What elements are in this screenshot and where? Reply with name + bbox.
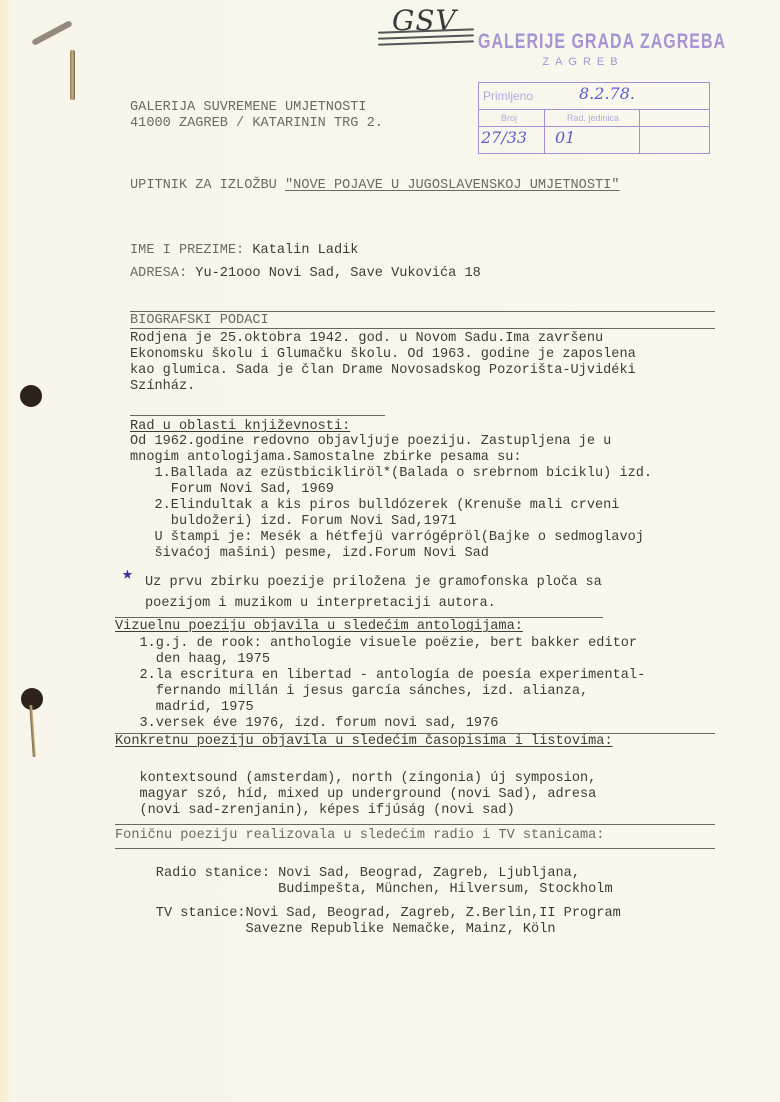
visual-line: 3.versek éve 1976, izd. forum novi sad, … bbox=[115, 716, 498, 732]
visual-line: 2.la escritura en libertad - antología d… bbox=[115, 668, 645, 684]
stamp-unit-value: 01 bbox=[555, 128, 575, 147]
literature-line: Od 1962.godine redovno objavljuje poezij… bbox=[130, 434, 611, 450]
letterhead-line-1: GALERIJA SUVREMENE UMJETNOSTI bbox=[130, 100, 367, 116]
visual-line: madrid, 1975 bbox=[115, 700, 254, 716]
name-row: IME I PREZIME: Katalin Ladik bbox=[130, 243, 358, 259]
title-prefix: UPITNIK ZA IZLOŽBU bbox=[130, 178, 285, 193]
literature-line: buldožeri) izd. Forum Novi Sad,1971 bbox=[130, 514, 456, 530]
receipt-stamp: GALERIJE GRADA ZAGREBA ZAGREB Primljeno … bbox=[478, 34, 728, 68]
literature-line: mnogim antologijama.Samostalne zbirke pe… bbox=[130, 450, 522, 466]
bio-line: Ekonomsku školu i Glumačku školu. Od 196… bbox=[130, 347, 636, 363]
stamp-institution: GALERIJE GRADA ZAGREBA bbox=[478, 31, 728, 54]
address-value: Yu-21ooo Novi Sad, Save Vukovića 18 bbox=[195, 266, 481, 281]
visual-heading: Vizuelnu poeziju objavila u sledećim ant… bbox=[115, 619, 523, 635]
literature-heading: Rad u oblasti književnosti: bbox=[130, 419, 350, 435]
radio-line: Radio stanice: Novi Sad, Beograd, Zagreb… bbox=[115, 866, 580, 882]
stamp-received-label: Primljeno bbox=[483, 89, 533, 103]
address-row: ADRESA: Yu-21ooo Novi Sad, Save Vukovića… bbox=[130, 266, 481, 282]
name-label: IME I PREZIME: bbox=[130, 243, 244, 258]
concrete-line: kontextsound (amsterdam), north (zingoni… bbox=[115, 771, 596, 787]
literature-line: 2.Elindultak a kis piros bulldózerek (Kr… bbox=[130, 498, 619, 514]
pin-icon bbox=[70, 50, 75, 100]
tv-line: TV stanice:Novi Sad, Beograd, Zagreb, Z.… bbox=[115, 906, 621, 922]
concrete-line: magyar szó, híd, mixed up underground (n… bbox=[115, 787, 596, 803]
phonic-heading: Foničnu poeziju realizovala u sledećim r… bbox=[115, 828, 604, 844]
stamp-number-value: 27/33 bbox=[481, 128, 527, 147]
literature-line: Forum Novi Sad, 1969 bbox=[130, 482, 334, 498]
visual-line: fernando millán i jesus garcía sánches, … bbox=[115, 684, 588, 700]
footnote-line: poezijom i muzikom u interpretaciji auto… bbox=[145, 596, 496, 612]
stamp-received-date: 8.2.78. bbox=[579, 84, 635, 103]
concrete-heading: Konkretnu poeziju objavila u sledećim ča… bbox=[115, 734, 613, 750]
footnote-star-icon: ★ bbox=[122, 563, 133, 585]
bio-line: kao glumica. Sada je član Drame Novosads… bbox=[130, 363, 636, 379]
stamp-box: Primljeno 8.2.78. Broj Rad. jedinica 27/… bbox=[478, 82, 710, 154]
visual-line: 1.g.j. de rook: anthologie visuele poëzi… bbox=[115, 636, 637, 652]
tv-line: Savezne Republike Nemačke, Mainz, Köln bbox=[115, 922, 556, 938]
literature-line: šivaćoj mašini) pesme, izd.Forum Novi Sa… bbox=[130, 546, 489, 562]
address-label: ADRESA: bbox=[130, 266, 187, 281]
punch-hole-icon bbox=[20, 385, 42, 407]
pin-icon bbox=[29, 705, 36, 757]
bio-heading: BIOGRAFSKI PODACI bbox=[130, 313, 269, 329]
footnote-line: Uz prvu zbirku poezije priložena je gram… bbox=[145, 575, 602, 591]
visual-line: den haag, 1975 bbox=[115, 652, 270, 668]
concrete-line: (novi sad-zrenjanin), képes ifjúság (nov… bbox=[115, 803, 515, 819]
staple-mark bbox=[31, 20, 73, 46]
title-exhibition: "NOVE POJAVE U JUGOSLAVENSKOJ UMJETNOSTI… bbox=[285, 178, 619, 193]
questionnaire-title: UPITNIK ZA IZLOŽBU "NOVE POJAVE U JUGOSL… bbox=[130, 178, 619, 194]
literature-line: U štampi je: Mesék a hétfejü varrógépröl… bbox=[130, 530, 644, 546]
document-page: GSV GALERIJE GRADA ZAGREBA ZAGREB Primlj… bbox=[0, 0, 780, 1102]
letterhead-line-2: 41000 ZAGREB / KATARININ TRG 2. bbox=[130, 116, 383, 132]
pencil-underline-strokes bbox=[378, 30, 474, 58]
stamp-city: ZAGREB bbox=[478, 56, 688, 68]
bio-line: Színház. bbox=[130, 379, 195, 395]
stamp-unit-label: Rad. jedinica bbox=[567, 113, 619, 123]
radio-line: Budimpešta, München, Hilversum, Stockhol… bbox=[115, 882, 613, 898]
literature-line: 1.Ballada az ezüstbicikliröl*(Balada o s… bbox=[130, 466, 652, 482]
stamp-number-label: Broj bbox=[501, 113, 517, 123]
name-value: Katalin Ladik bbox=[252, 243, 358, 258]
bio-line: Rodjena je 25.oktobra 1942. god. u Novom… bbox=[130, 331, 603, 347]
